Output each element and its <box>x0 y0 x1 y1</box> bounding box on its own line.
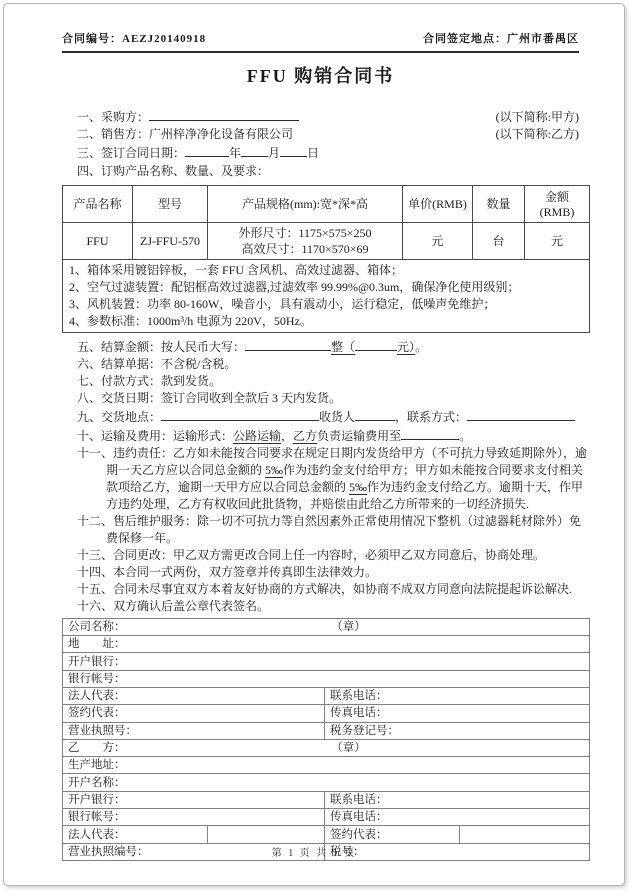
consignee-blank <box>355 407 395 421</box>
party-b-bank-row: 开户银行： 联系电话： <box>63 791 590 808</box>
clause-transport: 十、运输及费用：运输形式：公路运输，乙方负责运输费用至。 <box>77 426 589 445</box>
clause15-text: 合同未尽事宜双方本着友好协商的方式解决，如协商不成双方同意向法院提起诉讼解决. <box>113 582 572 596</box>
party-a-address-row: 地 址： <box>63 636 590 653</box>
party-a-account-cell: 银行帐号： <box>63 670 590 687</box>
party-a-phone-cell: 联系电话： <box>325 688 590 705</box>
product-table-header-row: 产品名称 型号 产品规格(mm):宽*深*高 单价(RMB) 数量 金额(RMB… <box>63 185 590 222</box>
clause-payment: 七、付款方式：款到发货。 <box>77 373 589 390</box>
party-a-fax-cell: 传真电话： <box>325 705 590 722</box>
clause9-text2: ，联系方式： <box>395 410 467 424</box>
party-a-signer-cell: 签约代表： <box>63 705 325 722</box>
product-spec-cell: 外形尺寸：1175×575×250 高效尺寸：1170×570×69 <box>208 222 403 259</box>
col-unit-price: 单价(RMB) <box>403 185 473 222</box>
party-a-legal-rep-row: 法人代表： 联系电话： <box>63 688 590 705</box>
party-b-phone-cell: 联系电话： <box>325 791 590 808</box>
month-label: 月 <box>268 145 280 162</box>
spec-hepa-size: 高效尺寸：1170×570×69 <box>211 241 399 257</box>
year-label: 年 <box>229 145 241 162</box>
penalty-rate-2: 5‰ <box>349 480 367 495</box>
clause8-label: 八、交货日期： <box>77 391 161 405</box>
contract-number-value: AEZJ20140918 <box>122 33 206 45</box>
col-spec: 产品规格(mm):宽*深*高 <box>208 185 403 222</box>
party-a-license-cell: 营业执照号： <box>63 722 325 739</box>
year-blank-field <box>185 143 229 157</box>
clause7-text: 款到发货。 <box>161 374 221 388</box>
party-b-title-row: 乙 方：（章） <box>63 739 590 756</box>
product-name-cell: FFU <box>63 222 133 259</box>
party-b-legal-rep-cell: 法人代表： <box>63 826 208 843</box>
product-qty-cell: 台 <box>473 222 525 259</box>
amount-figure-blank <box>355 337 397 351</box>
day-blank-field <box>280 143 307 157</box>
product-unit-price-cell: 元 <box>403 222 473 259</box>
clause-after-sales: 十二、售后维护服务：除一切不可抗力等自然因素外正常使用情况下整机（过滤器耗材除外… <box>77 513 589 547</box>
contact-blank <box>467 407 575 421</box>
party-a-bank-row: 开户银行： <box>63 653 590 670</box>
clause-copies: 十四、本合同一式两份，双方签章并传真即生法律效力。 <box>77 564 589 581</box>
transport-mode-value: 公路运输 <box>233 429 281 444</box>
sign-place-value: 广州市番禺区 <box>507 33 579 45</box>
clause10-text4: 。 <box>459 429 471 443</box>
amount-words-blank <box>245 337 331 351</box>
party-b-title-cell: 乙 方：（章） <box>63 739 590 756</box>
col-amount: 金额(RMB) <box>525 185 590 222</box>
party-b-address-cell: 生产地址： <box>63 757 590 774</box>
page-content: 合同编号：AEZJ20140918 合同签定地点：广州市番禺区 FFU 购销合同… <box>4 4 624 861</box>
party-b-reps-row: 法人代表： 签约代表： <box>63 826 590 843</box>
party-a-bank-cell: 开户银行： <box>63 653 590 670</box>
party-a-signer-row: 签约代表： 传真电话： <box>63 705 590 722</box>
note-fan: 3、风机装置：功率 80-160W，噪音小，具有震动小，运行稳定，低噪声免维护； <box>69 296 583 313</box>
transport-dest-blank <box>401 426 459 440</box>
product-notes-row: 1、箱体采用镀铝锌板，一套 FFU 含风机、高效过滤器、箱体； 2、空气过滤装置… <box>63 259 590 332</box>
party-b-signer-value-cell <box>460 826 590 843</box>
party-b-signer-cell: 签约代表： <box>325 826 460 843</box>
clause5-text4: 。 <box>415 340 427 354</box>
party-b-label: 乙 方： <box>68 742 126 754</box>
party-b-address-row: 生产地址： <box>63 757 590 774</box>
party-b-account-row: 银行帐号： 传真电话： <box>63 809 590 826</box>
clause11-label: 十一、违约责任： <box>77 446 173 460</box>
product-notes-cell: 1、箱体采用镀铝锌板，一套 FFU 含风机、高效过滤器、箱体； 2、空气过滤装置… <box>63 259 590 332</box>
sign-place-label: 合同签定地点： <box>423 33 507 45</box>
clause9-text1: 收货人 <box>319 410 355 424</box>
clause-signature: 十六、双方确认后盖公章代表签名。 <box>77 598 589 615</box>
intro-seller-line: 二、销售方： 广州梓净净化设备有限公司 (以下简称:乙方) <box>77 126 579 143</box>
clauses-list: 五、结算金额：按人民币大写：整（元）。 六、结算单据：不含税/含税。 七、付款方… <box>77 337 589 615</box>
clause6-label: 六、结算单据： <box>77 357 161 371</box>
product-table: 产品名称 型号 产品规格(mm):宽*深*高 单价(RMB) 数量 金额(RMB… <box>62 185 590 333</box>
party-b-account-name-cell: 开户名称： <box>63 774 590 791</box>
clause5-label: 五、结算金额： <box>77 340 161 354</box>
seller-value: 广州梓净净化设备有限公司 <box>149 126 293 143</box>
party-b-account-cell: 银行帐号： <box>63 809 325 826</box>
clause15-label: 十五、 <box>77 582 113 596</box>
sign-date-label: 三、签订合同日期： <box>77 145 185 162</box>
clause9-label: 九、交货地点： <box>77 410 161 424</box>
clause14-text: 本合同一式两份，双方签章并传真即生法律效力。 <box>113 565 377 579</box>
seller-alias-note: (以下简称:乙方) <box>496 126 579 143</box>
spec-outer-size: 外形尺寸：1175×575×250 <box>211 225 399 241</box>
product-model-cell: ZJ-FFU-570 <box>133 222 208 259</box>
intro-buyer-line: 一、采购方： (以下简称:甲方) <box>77 107 579 126</box>
intro-products-line: 四、订购产品名称、数量、及要求： <box>77 163 579 180</box>
clause10-text1: 运输形式： <box>173 429 233 443</box>
contract-number-label: 合同编号： <box>62 33 122 45</box>
party-b-legal-rep-value-cell <box>208 826 325 843</box>
clause16-text: 双方确认后盖公章代表签名。 <box>113 599 269 613</box>
clause8-text: 签订合同收到全款后 3 天内发货。 <box>161 391 341 405</box>
col-quantity: 数量 <box>473 185 525 222</box>
seller-label: 二、销售方： <box>77 126 149 143</box>
delivery-place-blank <box>161 407 319 421</box>
party-b-bank-cell: 开户银行： <box>63 791 325 808</box>
note-housing: 1、箱体采用镀铝锌板，一套 FFU 含风机、高效过滤器、箱体； <box>69 262 583 279</box>
clause-settlement-amount: 五、结算金额：按人民币大写：整（元）。 <box>77 337 589 356</box>
day-label: 日 <box>307 145 319 162</box>
party-a-company-cell: 公司名称：（章） <box>63 618 590 635</box>
clause-breach: 十一、违约责任：乙方如未能按合同要求在规定日期内发货给甲方（不可抗力导致延期除外… <box>77 445 589 513</box>
party-a-seal-mark: （章） <box>331 620 366 634</box>
clause10-label: 十、运输及费用： <box>77 429 173 443</box>
page-number: 第 1 页 共 1 页 <box>4 844 624 859</box>
col-model: 型号 <box>133 185 208 222</box>
clause5-text3: 元） <box>397 340 415 355</box>
party-a-tax-id-cell: 税务登记号： <box>325 722 590 739</box>
product-amount-cell: 元 <box>525 222 590 259</box>
clause14-label: 十四、 <box>77 565 113 579</box>
clause6-text: 不含税/含税。 <box>161 357 236 371</box>
buyer-alias-note: (以下简称:甲方) <box>496 109 579 126</box>
clause7-label: 七、付款方式： <box>77 374 161 388</box>
clause13-text: 甲乙双方需更改合同上任一内容时，必须甲乙双方同意后，协商处理。 <box>173 548 545 562</box>
note-parameters: 4、参数标准：1000m³/h 电源为 220V，50Hz。 <box>69 313 583 330</box>
transport-payer-value: 乙方 <box>293 429 317 444</box>
party-a-address-cell: 地 址： <box>63 636 590 653</box>
buyer-blank-field <box>149 107 299 121</box>
party-b-fax-cell: 传真电话： <box>325 809 590 826</box>
products-heading: 四、订购产品名称、数量、及要求： <box>77 163 269 180</box>
clause13-label: 十三、合同更改： <box>77 548 173 562</box>
product-row: FFU ZJ-FFU-570 外形尺寸：1175×575×250 高效尺寸：11… <box>63 222 590 259</box>
clause10-text2: ， <box>281 429 293 443</box>
party-b-seal-mark: （章） <box>331 741 366 755</box>
party-a-license-row: 营业执照号： 税务登记号： <box>63 722 590 739</box>
clause-dispute: 十五、合同未尽事宜双方本着友好协商的方式解决，如协商不成双方同意向法院提起诉讼解… <box>77 581 589 598</box>
buyer-label: 一、采购方： <box>77 109 149 126</box>
party-b-account-name-row: 开户名称： <box>63 774 590 791</box>
party-a-company-label: 公司名称： <box>68 621 126 633</box>
clause-amendment: 十三、合同更改：甲乙双方需更改合同上任一内容时，必须甲乙双方同意后，协商处理。 <box>77 547 589 564</box>
signature-table: 公司名称：（章） 地 址： 开户银行： 银行帐号： 法人代表： 联系电话： 签约… <box>62 618 590 861</box>
col-product-name: 产品名称 <box>63 185 133 222</box>
page-title: FFU 购销合同书 <box>62 62 579 88</box>
penalty-rate-1: 5‰ <box>265 463 283 478</box>
note-filter: 2、空气过滤装置：配铝框高效过滤器,过滤效率 99.99%@0.3um，确保净化… <box>69 279 583 296</box>
intro-date-line: 三、签订合同日期： 年 月 日 <box>77 143 579 162</box>
sign-place: 合同签定地点：广州市番禺区 <box>423 30 579 46</box>
clause-delivery-place: 九、交货地点：收货人，联系方式： <box>77 407 589 426</box>
contract-number: 合同编号：AEZJ20140918 <box>62 30 206 46</box>
contract-header: 合同编号：AEZJ20140918 合同签定地点：广州市番禺区 <box>62 30 579 53</box>
clause12-label: 十二、售后维护服务： <box>77 514 197 528</box>
clause-delivery-date: 八、交货日期：签订合同收到全款后 3 天内发货。 <box>77 390 589 407</box>
contract-page: 合同编号：AEZJ20140918 合同签定地点：广州市番禺区 FFU 购销合同… <box>3 3 625 886</box>
clause5-text2: 整（ <box>331 340 355 355</box>
month-blank-field <box>241 143 268 157</box>
party-a-account-row: 银行帐号： <box>63 670 590 687</box>
clause16-label: 十六、 <box>77 599 113 613</box>
intro-list: 一、采购方： (以下简称:甲方) 二、销售方： 广州梓净净化设备有限公司 (以下… <box>77 107 579 180</box>
clause-settlement-doc: 六、结算单据：不含税/含税。 <box>77 356 589 373</box>
clause10-text3: 负责运输费用至 <box>317 429 401 443</box>
party-a-legal-rep-cell: 法人代表： <box>63 688 325 705</box>
party-a-company-row: 公司名称：（章） <box>63 618 590 635</box>
clause5-text1: 按人民币大写： <box>161 340 245 354</box>
